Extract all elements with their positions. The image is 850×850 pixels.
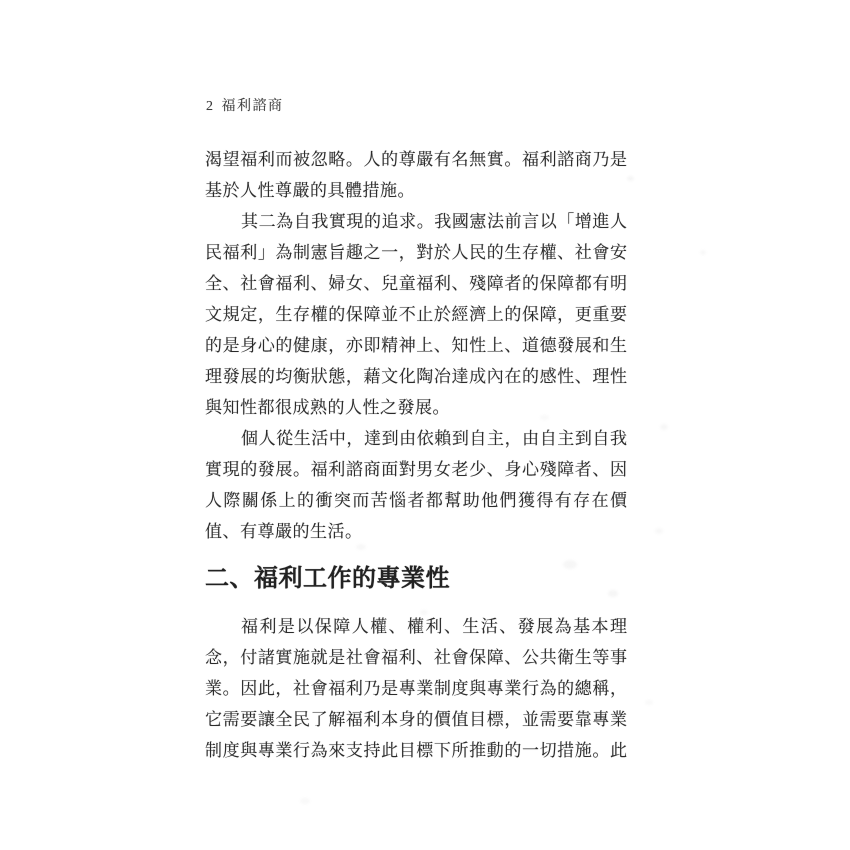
scan-speckle xyxy=(655,528,663,534)
body-line: 民福利」為制憲旨趣之一，對於人民的生存權、社會安 xyxy=(205,237,627,268)
scan-speckle xyxy=(300,798,310,804)
body-line: 與知性都很成熟的人性之發展。 xyxy=(205,392,627,423)
body-line: 業。因此，社會福利乃是專業制度與專業行為的總稱， xyxy=(205,673,627,704)
scan-speckle xyxy=(660,424,668,430)
page-number: 2 xyxy=(206,99,215,114)
body-line: 基於人性尊嚴的具體措施。 xyxy=(205,175,627,206)
running-title: 福利諮商 xyxy=(222,99,284,114)
body-line: 文規定，生存權的保障並不止於經濟上的保障，更重要 xyxy=(205,299,627,330)
body-line: 人際關係上的衝突而苦惱者都幫助他們獲得有存在價 xyxy=(205,485,627,516)
scan-speckle xyxy=(700,250,706,255)
scan-speckle xyxy=(645,700,653,705)
running-header: 2福利諮商 xyxy=(206,97,284,117)
body-line: 個人從生活中，達到由依賴到自主，由自主到自我 xyxy=(205,423,627,454)
body-line: 理發展的均衡狀態，藉文化陶冶達成內在的感性、理性 xyxy=(205,361,627,392)
body-line: 念，付諸實施就是社會福利、社會保障、公共衛生等事 xyxy=(205,642,627,673)
scan-speckle xyxy=(627,176,634,181)
body-line: 實現的發展。福利諮商面對男女老少、身心殘障者、因 xyxy=(205,454,627,485)
body-line: 值、有尊嚴的生活。 xyxy=(205,516,627,547)
book-page-scan: 2福利諮商 渴望福利而被忽略。人的尊嚴有名無實。福利諮商乃是 基於人性尊嚴的具體… xyxy=(0,0,850,850)
body-line: 的是身心的健康，亦即精神上、知性上、道德發展和生 xyxy=(205,330,627,361)
body-line: 福利是以保障人權、權利、生活、發展為基本理 xyxy=(205,611,627,642)
section-heading: 二、福利工作的專業性 xyxy=(205,561,627,598)
body-text-column: 渴望福利而被忽略。人的尊嚴有名無實。福利諮商乃是 基於人性尊嚴的具體措施。 其二… xyxy=(205,144,627,766)
body-line: 渴望福利而被忽略。人的尊嚴有名無實。福利諮商乃是 xyxy=(205,144,627,175)
body-line: 制度與專業行為來支持此目標下所推動的一切措施。此 xyxy=(205,735,627,766)
body-line: 其二為自我實現的追求。我國憲法前言以「增進人 xyxy=(205,206,627,237)
body-line: 全、社會福利、婦女、兒童福利、殘障者的保障都有明 xyxy=(205,268,627,299)
body-line: 它需要讓全民了解福利本身的價值目標，並需要靠專業 xyxy=(205,704,627,735)
